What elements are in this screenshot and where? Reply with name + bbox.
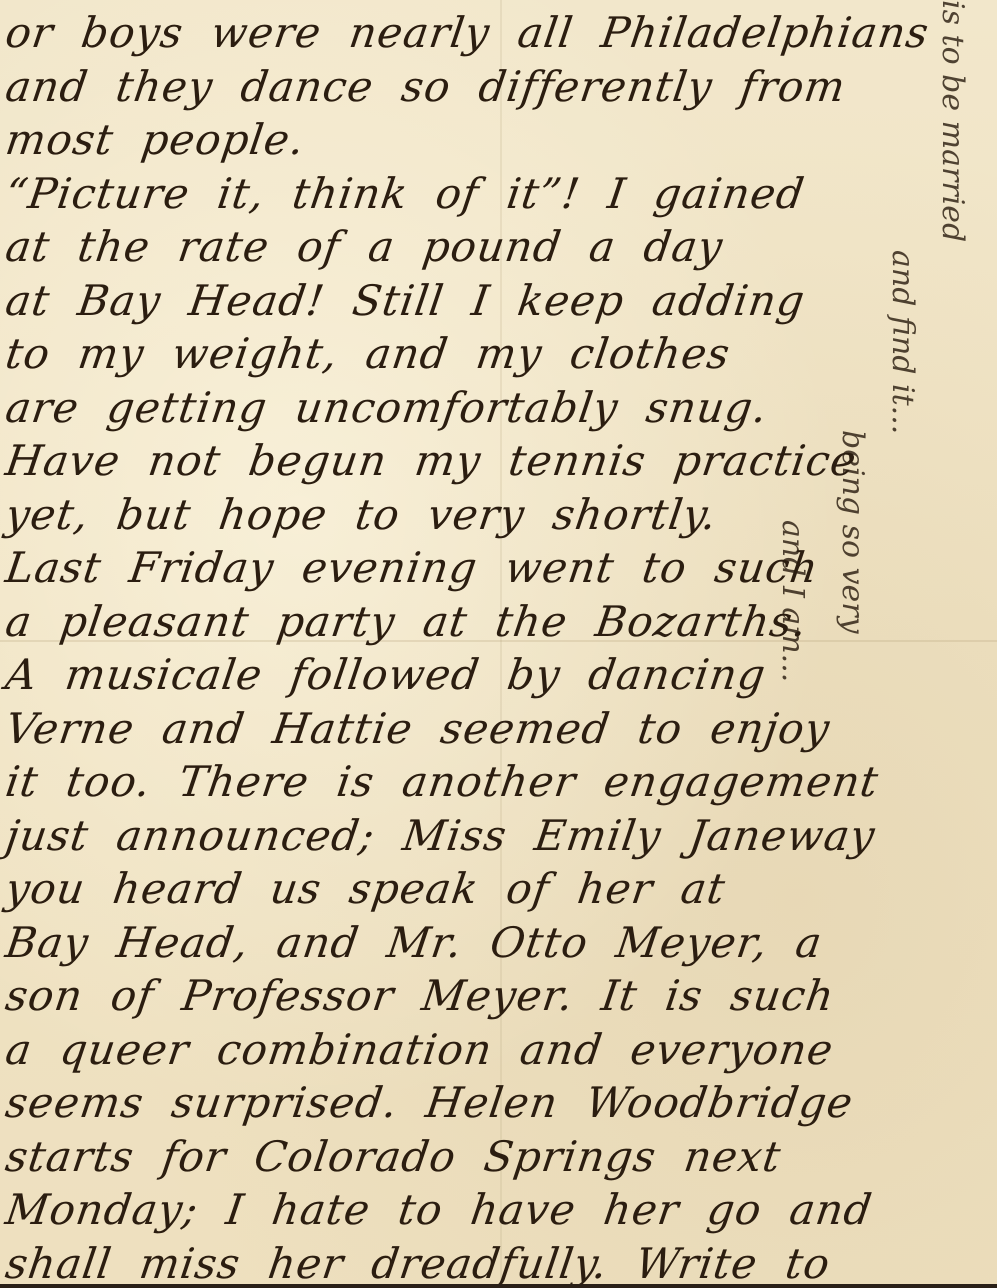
letter-line: seems surprised. Helen Woodbridge bbox=[2, 1076, 997, 1130]
letter-line: a pleasant party at the Bozarths. bbox=[2, 595, 997, 649]
letter-line: Bay Head, and Mr. Otto Meyer, a bbox=[2, 916, 997, 970]
page-bottom-edge bbox=[0, 1284, 997, 1288]
letter-line: “Picture it, think of it”! I gained bbox=[2, 167, 997, 221]
letter-line: at Bay Head! Still I keep adding bbox=[2, 274, 997, 328]
letter-line: son of Professor Meyer. It is such bbox=[2, 969, 997, 1023]
letter-line: at the rate of a pound a day bbox=[2, 220, 997, 274]
letter-line: it too. There is another engagement bbox=[2, 755, 997, 809]
letter-line: you heard us speak of her at bbox=[2, 862, 997, 916]
letter-line: Last Friday evening went to such bbox=[2, 541, 997, 595]
letter-body: or boys were nearly all Philadelphians a… bbox=[6, 6, 996, 1288]
letter-line: yet, but hope to very shortly. bbox=[2, 488, 997, 542]
letter-line: are getting uncomfortably snug. bbox=[2, 381, 997, 435]
letter-line: A musicale followed by dancing bbox=[2, 648, 997, 702]
letter-line: to my weight, and my clothes bbox=[2, 327, 997, 381]
letter-line: starts for Colorado Springs next bbox=[2, 1130, 997, 1184]
letter-line: just announced; Miss Emily Janeway bbox=[2, 809, 997, 863]
letter-line: or boys were nearly all Philadelphians bbox=[2, 6, 997, 60]
letter-line: most people. bbox=[2, 113, 997, 167]
letter-line: and they dance so differently from bbox=[2, 60, 997, 114]
letter-page: or boys were nearly all Philadelphians a… bbox=[0, 0, 997, 1288]
letter-line: Have not begun my tennis practice bbox=[2, 434, 997, 488]
letter-line: Monday; I hate to have her go and bbox=[2, 1183, 997, 1237]
letter-line: shall miss her dreadfully. Write to bbox=[2, 1237, 997, 1288]
letter-line: a queer combination and everyone bbox=[2, 1023, 997, 1077]
letter-line: Verne and Hattie seemed to enjoy bbox=[2, 702, 997, 756]
